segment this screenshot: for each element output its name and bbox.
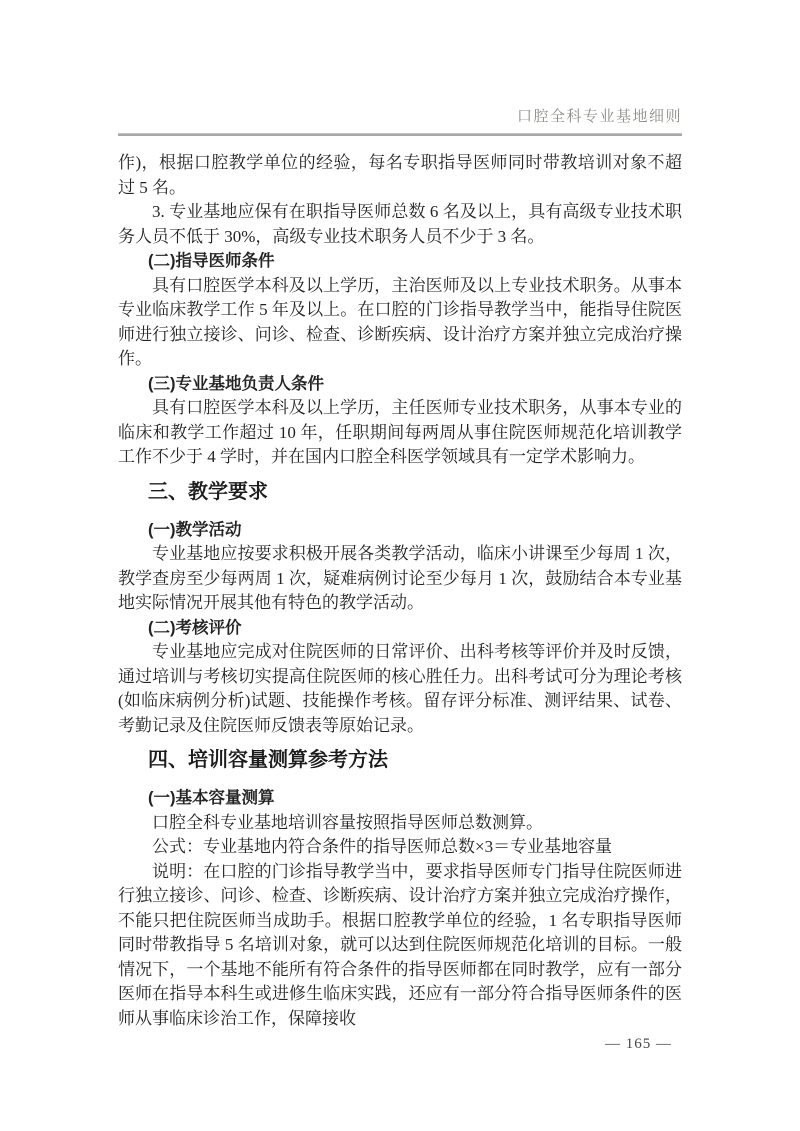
header-rule <box>118 133 682 136</box>
sub-heading: (二)指导医师条件 <box>118 249 682 274</box>
paragraph: 3. 专业基地应保有在职指导医师总数 6 名及以上，具有高级专业技术职务人员不低… <box>118 200 682 249</box>
section-heading: 三、教学要求 <box>148 479 682 505</box>
paragraph: 专业基地应完成对住院医师的日常评价、出科考核等评价并及时反馈，通过培训与考核切实… <box>118 640 682 738</box>
sub-heading: (三)专业基地负责人条件 <box>118 372 682 397</box>
sub-heading: (二)考核评价 <box>118 616 682 641</box>
sub-heading: (一)基本容量测算 <box>118 786 682 811</box>
document-page: 口腔全科专业基地细则 作)，根据口腔教学单位的经验，每名专职指导医师同时带教培训… <box>0 0 800 1131</box>
section-heading: 四、培训容量测算参考方法 <box>148 747 682 773</box>
paragraph: 具有口腔医学本科及以上学历，主治医师及以上专业技术职务。从事本专业临床教学工作 … <box>118 274 682 372</box>
running-header-title: 口腔全科专业基地细则 <box>118 108 682 126</box>
paragraph: 专业基地应按要求积极开展各类教学活动，临床小讲课至少每周 1 次，教学查房至少每… <box>118 542 682 616</box>
paragraph: 说明：在口腔的门诊指导教学当中，要求指导医师专门指导住院医师进行独立接诊、问诊、… <box>118 860 682 1032</box>
paragraph: 具有口腔医学本科及以上学历，主任医师专业技术职务，从事本专业的临床和教学工作超过… <box>118 396 682 470</box>
document-body: 作)，根据口腔教学单位的经验，每名专职指导医师同时带教培训对象不超过 5 名。3… <box>118 151 682 1031</box>
paragraph: 公式：专业基地内符合条件的指导医师总数×3＝专业基地容量 <box>118 835 682 860</box>
paragraph: 作)，根据口腔教学单位的经验，每名专职指导医师同时带教培训对象不超过 5 名。 <box>118 151 682 200</box>
paragraph: 口腔全科专业基地培训容量按照指导医师总数测算。 <box>118 811 682 836</box>
sub-heading: (一)教学活动 <box>118 518 682 543</box>
page-number: — 165 — <box>118 1036 682 1053</box>
